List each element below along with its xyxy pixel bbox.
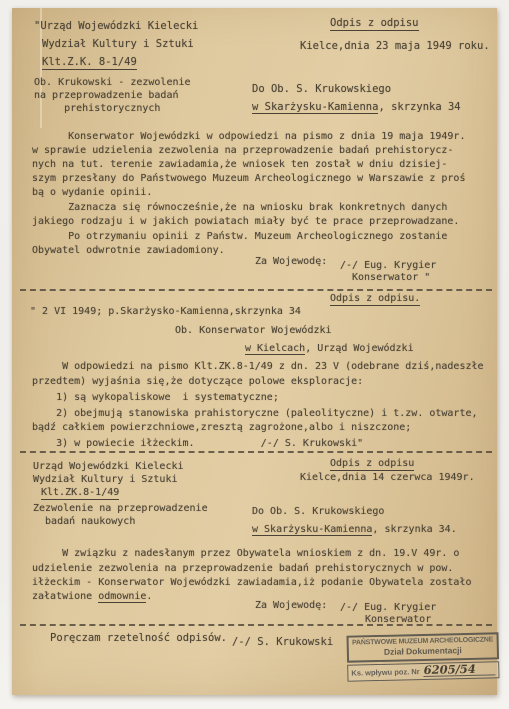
museum-stamp: PAŃSTWOWE MUZEUM ARCHEOLOGICZNE Dział Do… (346, 632, 499, 681)
letter3-addressee-line: w Skarżysku-Kamienna, skrzynka 34. (252, 523, 457, 536)
certification-signature: /-/ S. Krukowski (232, 636, 333, 649)
letter2-body-line: 1) są wykopaliskowe i systematyczne; (32, 391, 279, 404)
stamp-register-label: Ks. wpływu poz. Nr (351, 667, 420, 678)
refusal-word: odmownie (98, 591, 146, 603)
letter3-copy-label: Odpis z odpisu (330, 457, 414, 470)
document-page: "Urząd Wojewódzki Kielecki Wydział Kultu… (12, 8, 497, 695)
letter1-body-line: Zaznacza się równocześnie,że na wniosku … (32, 201, 447, 214)
letter1-signature-label: Za Wojewodę: (255, 255, 327, 268)
letter1-sender-line: Wydział Kultury i Sztuki (42, 38, 194, 51)
letter1-body-line: Obywatel odwrotnie zawiadomiony. (32, 244, 225, 257)
letter2-addressee-line: Ob. Konserwator Wojewódzki (175, 324, 332, 337)
reference-underline: Klt.Z.K. 8-1/49 (42, 56, 137, 70)
letter3-subject-line: badań naukowych (33, 515, 135, 528)
letter2-body-line: przedtem) wyjaśnia się,że dotyczące polo… (32, 375, 363, 388)
letter3-reference-number: Klt.ZK.8-1/49 (41, 486, 119, 499)
letter1-sender-line: "Urząd Wojewódzki Kielecki (34, 20, 198, 33)
letter1-body-line: jakiego rodzaju i w jakich powiatach mia… (32, 215, 459, 228)
letter1-body-line: w sprawie udzielenia zezwolenia na przep… (32, 144, 453, 157)
letter1-reference-number: Klt.Z.K. 8-1/49 (42, 56, 137, 69)
reference-underline: Klt.ZK.8-1/49 (41, 487, 119, 500)
letter1-addressee-line: w Skarżysku-Kamienna, skrzynka 34 (252, 101, 461, 114)
section-divider (20, 624, 492, 626)
letter3-addressee-line: Do Ob. S. Krukowskiego (252, 505, 384, 518)
letter1-body-line: szym przesłany do Państwowego Muzeum Arc… (32, 172, 465, 185)
letter1-copy-label: Odpis z odpisu (330, 17, 419, 30)
letter2-dateline: " 2 VI 1949; p.Skarżysko-Kamienna,skrzyn… (30, 305, 301, 318)
letter1-subject-line: na przeprowadzenie badań (34, 89, 179, 102)
letter2-body-line: W odpowiedzi na pismo Klt.ZK.8-1/49 z dn… (32, 360, 484, 373)
letter3-body-line: udzielenie zezwolenia na przeprowadzenie… (32, 562, 453, 575)
divider1-copy-label: Odpis z odpisu. (330, 292, 420, 305)
letter1-dateline: Kielce,dnia 23 maja 1949 roku. (300, 40, 490, 53)
stamp-register-number-handwritten: 6205/54 (424, 663, 496, 677)
letter1-body-line: Konserwator Wojewódzki w odpowiedzi na p… (32, 130, 465, 143)
certification-statement: Poręczam rzetelność odpisów. (50, 632, 227, 645)
letter3-signature-label: Za Wojewodę: (255, 599, 327, 612)
letter3-body-line: W związku z nadesłanym przez Obywatela w… (32, 547, 459, 560)
letter1-subject-line: prehistorycznych (34, 102, 160, 115)
letter3-closing-line: załatwione odmownie. (32, 590, 152, 603)
stamp-title-box: PAŃSTWOWE MUZEUM ARCHEOLOGICZNE Dział Do… (346, 632, 499, 662)
letter3-sender-line: Urząd Wojewódzki Kielecki (33, 460, 184, 473)
letter3-dateline: Kielce,dnia 14 czerwca 1949r. (300, 471, 475, 484)
letter2-addressee-line: w Kielcach, Urząd Wojewódzki (245, 342, 414, 355)
letter1-addressee-line: Do Ob. S. Krukowskiego (252, 83, 391, 96)
letter3-sender-line: Wydział Kultury i Sztuki (33, 473, 178, 486)
letter3-subject-line: Zezwolenie na przeprowadzenie (33, 502, 208, 515)
letter1-body-line: nych na tut. terenie zawiadamia,że wnios… (32, 158, 447, 171)
letter1-body-line: Po otrzymaniu opinii z Państw. Muzeum Ar… (32, 230, 447, 243)
section-divider (20, 451, 492, 453)
letter1-subject-line: Ob. Krukowski - zezwolenie (34, 76, 191, 89)
letter2-body-line: 2) obejmują stanowiska prahistoryczne (p… (32, 407, 478, 420)
section-divider (20, 289, 492, 291)
stamp-department: Dział Dokumentacji (352, 644, 494, 657)
stamp-register-box: Ks. wpływu poz. Nr 6205/54 (347, 661, 499, 681)
letter2-body-line: bądź całkiem powierzchniowe,zresztą zagr… (32, 421, 411, 434)
letter1-signature-title: Konserwator " (352, 271, 430, 284)
scan-background: { "colors": { "paper": "#ddc79d", "ink":… (0, 0, 509, 709)
letter3-body-line: iłżeckim - Konserwator Wojewódzki zawiad… (32, 576, 472, 589)
letter1-body-line: bą o wydanie opinii. (32, 186, 152, 199)
letter2-body-line: 3) w powiecie iłżeckim. /-/ S. Krukowski… (32, 437, 363, 450)
